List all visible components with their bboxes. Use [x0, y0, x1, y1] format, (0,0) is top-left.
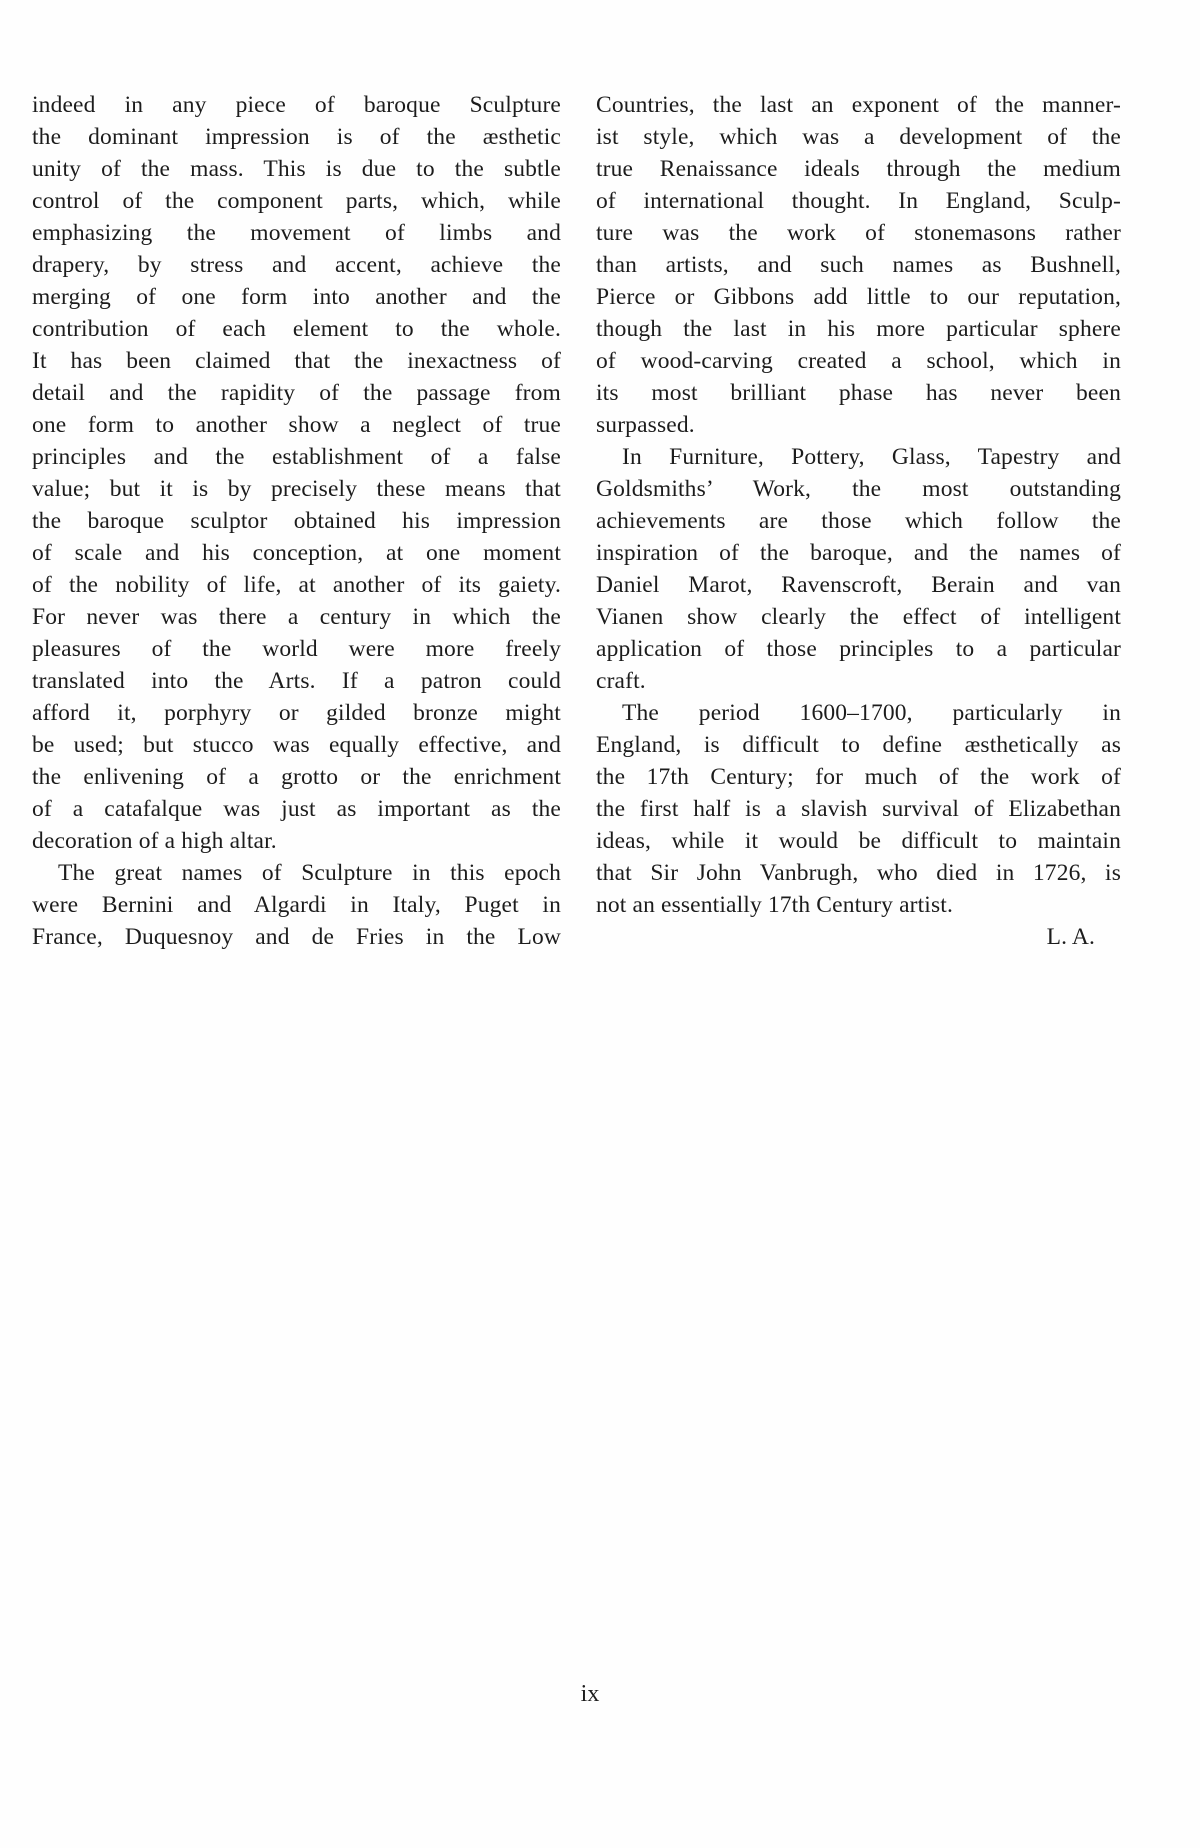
- paragraph-end-line: decoration of a high altar.: [32, 825, 561, 857]
- text-line: value; but it is by precisely these mean…: [32, 473, 561, 505]
- text-line: one form to another show a neglect of tr…: [32, 409, 561, 441]
- text-line: true Renaissance ideals through the medi…: [596, 153, 1121, 185]
- text-line: indeed in any piece of baroque Sculpture: [32, 89, 561, 121]
- text-line: It has been claimed that the inexactness…: [32, 345, 561, 377]
- text-line: of the nobility of life, at another of i…: [32, 569, 561, 601]
- page-number: ix: [0, 1680, 1180, 1708]
- text-line: Pierce or Gibbons add little to our repu…: [596, 281, 1121, 313]
- text-line: emphasizing the movement of limbs and: [32, 217, 561, 249]
- text-line: of a catafalque was just as important as…: [32, 793, 561, 825]
- text-line: merging of one form into another and the: [32, 281, 561, 313]
- text-line: ist style, which was a development of th…: [596, 121, 1121, 153]
- text-line: its most brilliant phase has never been: [596, 377, 1121, 409]
- text-line: of scale and his conception, at one mome…: [32, 537, 561, 569]
- text-line: Countries, the last an exponent of the m…: [596, 89, 1121, 121]
- text-line: achievements are those which follow the: [596, 505, 1121, 537]
- text-line: of wood-carving created a school, which …: [596, 345, 1121, 377]
- text-line: Goldsmiths’ Work, the most outstanding: [596, 473, 1121, 505]
- text-line: ture was the work of stonemasons rather: [596, 217, 1121, 249]
- text-line: afford it, porphyry or gilded bronze mig…: [32, 697, 561, 729]
- text-line: the dominant impression is of the æsthet…: [32, 121, 561, 153]
- text-line: For never was there a century in which t…: [32, 601, 561, 633]
- text-line: Vianen show clearly the effect of intell…: [596, 601, 1121, 633]
- text-line: pleasures of the world were more freely: [32, 633, 561, 665]
- text-line: though the last in his more particular s…: [596, 313, 1121, 345]
- text-line: translated into the Arts. If a patron co…: [32, 665, 561, 697]
- text-line: principles and the establishment of a fa…: [32, 441, 561, 473]
- text-line: drapery, by stress and accent, achieve t…: [32, 249, 561, 281]
- paragraph-start-line: The period 1600–1700, particularly in: [596, 697, 1121, 729]
- text-line: than artists, and such names as Bushnell…: [596, 249, 1121, 281]
- author-signature: L. A.: [596, 921, 1121, 953]
- paragraph-end-line: craft.: [596, 665, 1121, 697]
- text-line: England, is difficult to define æsthetic…: [596, 729, 1121, 761]
- text-line: the 17th Century; for much of the work o…: [596, 761, 1121, 793]
- paragraph-start-line: In Furniture, Pottery, Glass, Tapestry a…: [596, 441, 1121, 473]
- text-line: the enlivening of a grotto or the enrich…: [32, 761, 561, 793]
- text-line: that Sir John Vanbrugh, who died in 1726…: [596, 857, 1121, 889]
- text-line: application of those principles to a par…: [596, 633, 1121, 665]
- text-line: control of the component parts, which, w…: [32, 185, 561, 217]
- text-line: unity of the mass. This is due to the su…: [32, 153, 561, 185]
- text-line: the first half is a slavish survival of …: [596, 793, 1121, 825]
- text-line: Daniel Marot, Ravenscroft, Berain and va…: [596, 569, 1121, 601]
- text-line: be used; but stucco was equally effectiv…: [32, 729, 561, 761]
- text-line: ideas, while it would be difficult to ma…: [596, 825, 1121, 857]
- left-text-column: indeed in any piece of baroque Sculpture…: [32, 89, 561, 953]
- text-line: contribution of each element to the whol…: [32, 313, 561, 345]
- paragraph-end-line: surpassed.: [596, 409, 1121, 441]
- paragraph-end-line: not an essentially 17th Century artist.: [596, 889, 1121, 921]
- text-line: inspiration of the baroque, and the name…: [596, 537, 1121, 569]
- text-line: were Bernini and Algardi in Italy, Puget…: [32, 889, 561, 921]
- text-line: the baroque sculptor obtained his impres…: [32, 505, 561, 537]
- paragraph-start-line: The great names of Sculpture in this epo…: [32, 857, 561, 889]
- text-line: France, Duquesnoy and de Fries in the Lo…: [32, 921, 561, 953]
- document-page: indeed in any piece of baroque Sculpture…: [0, 0, 1200, 1848]
- text-line: of international thought. In England, Sc…: [596, 185, 1121, 217]
- right-text-column: Countries, the last an exponent of the m…: [596, 89, 1121, 953]
- text-line: detail and the rapidity of the passage f…: [32, 377, 561, 409]
